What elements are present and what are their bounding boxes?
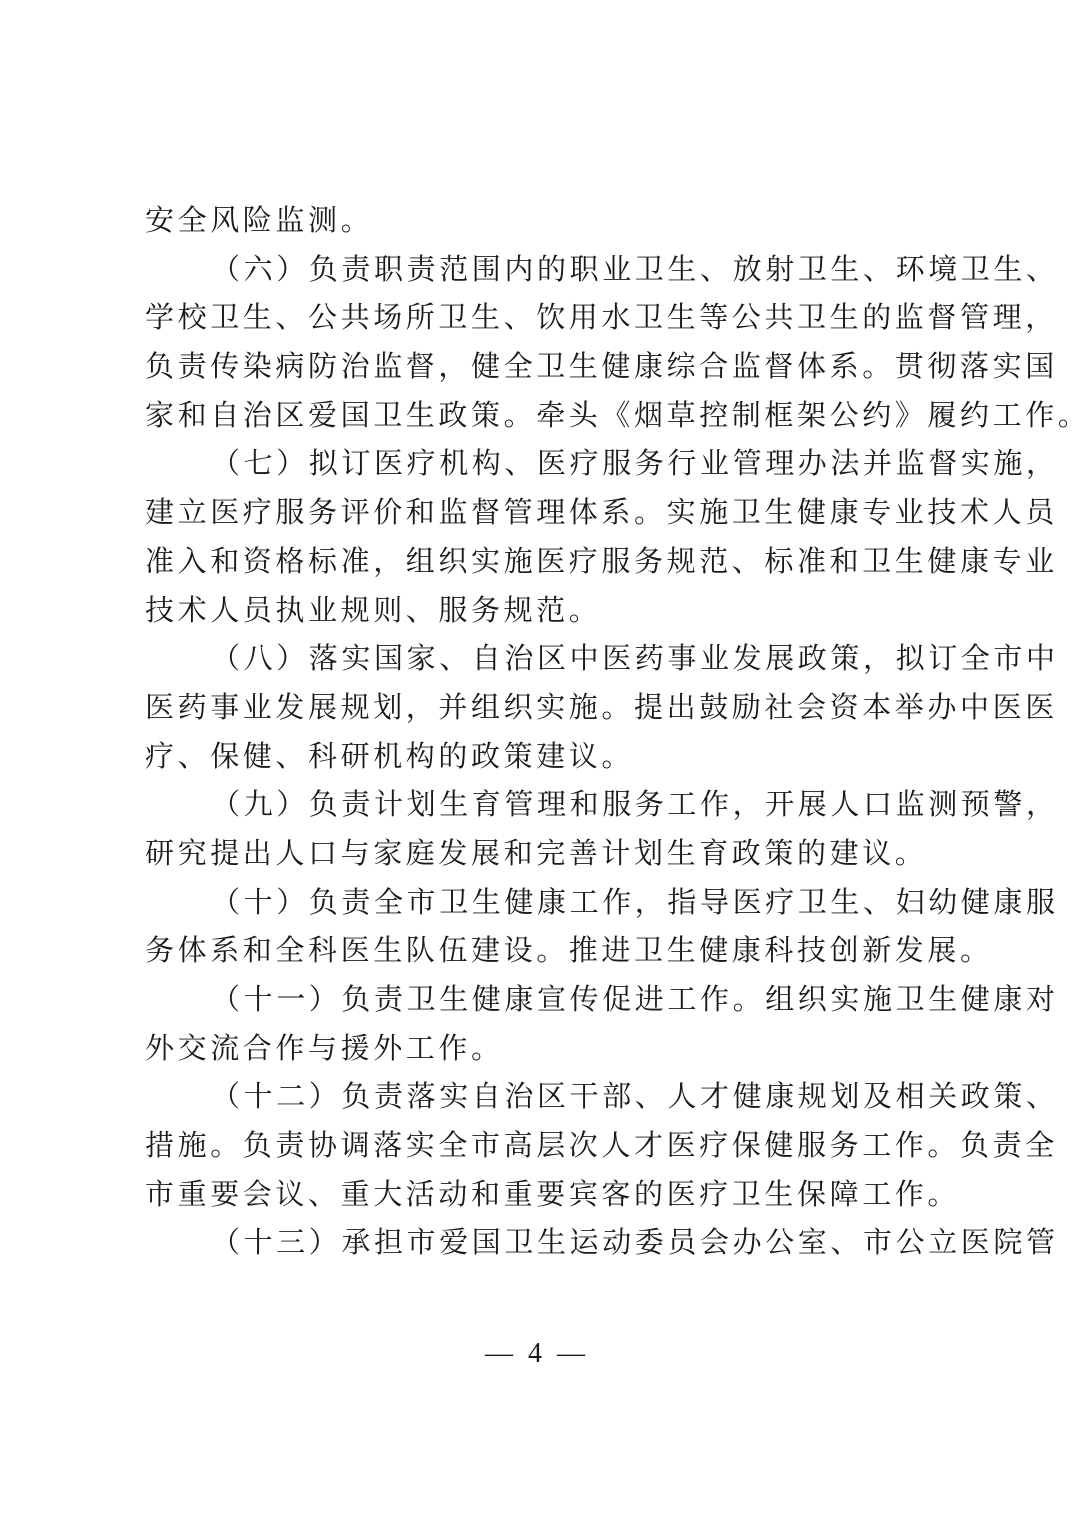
text-line: 务体系和全科医生队伍建设。推进卫生健康科技创新发展。	[145, 926, 945, 975]
text-line: 准入和资格标准，组织实施医疗服务规范、标准和卫生健康专业	[145, 537, 945, 586]
text-line: 疗、保健、科研机构的政策建议。	[145, 732, 945, 781]
paragraph-8-start: （八）落实国家、自治区中医药事业发展政策，拟订全市中	[145, 634, 945, 683]
text-line: 负责传染病防治监督，健全卫生健康综合监督体系。贯彻落实国	[145, 342, 945, 391]
paragraph-10-start: （十）负责全市卫生健康工作，指导医疗卫生、妇幼健康服	[145, 878, 945, 927]
paragraph-9-start: （九）负责计划生育管理和服务工作，开展人口监测预警，	[145, 780, 945, 829]
text-line: 研究提出人口与家庭发展和完善计划生育政策的建议。	[145, 829, 945, 878]
page-number: — 4 —	[0, 1338, 1074, 1370]
paragraph-7-start: （七）拟订医疗机构、医疗服务行业管理办法并监督实施，	[145, 439, 945, 488]
text-line: 措施。负责协调落实全市高层次人才医疗保健服务工作。负责全	[145, 1121, 945, 1170]
document-body: 安全风险监测。 （六）负责职责范围内的职业卫生、放射卫生、环境卫生、 学校卫生、…	[145, 196, 945, 1267]
text-line: 技术人员执业规则、服务规范。	[145, 586, 945, 635]
paragraph-13-start: （十三）承担市爱国卫生运动委员会办公室、市公立医院管	[145, 1218, 945, 1267]
text-line: 建立医疗服务评价和监督管理体系。实施卫生健康专业技术人员	[145, 488, 945, 537]
text-line: 医药事业发展规划，并组织实施。提出鼓励社会资本举办中医医	[145, 683, 945, 732]
paragraph-12-start: （十二）负责落实自治区干部、人才健康规划及相关政策、	[145, 1072, 945, 1121]
text-line: 市重要会议、重大活动和重要宾客的医疗卫生保障工作。	[145, 1170, 945, 1219]
text-line: 外交流合作与援外工作。	[145, 1024, 945, 1073]
paragraph-11-start: （十一）负责卫生健康宣传促进工作。组织实施卫生健康对	[145, 975, 945, 1024]
document-page: 安全风险监测。 （六）负责职责范围内的职业卫生、放射卫生、环境卫生、 学校卫生、…	[0, 0, 1074, 1520]
text-line: 安全风险监测。	[145, 196, 945, 245]
text-line: 家和自治区爱国卫生政策。牵头《烟草控制框架公约》履约工作。	[145, 391, 945, 440]
text-line: 学校卫生、公共场所卫生、饮用水卫生等公共卫生的监督管理，	[145, 293, 945, 342]
paragraph-6-start: （六）负责职责范围内的职业卫生、放射卫生、环境卫生、	[145, 245, 945, 294]
